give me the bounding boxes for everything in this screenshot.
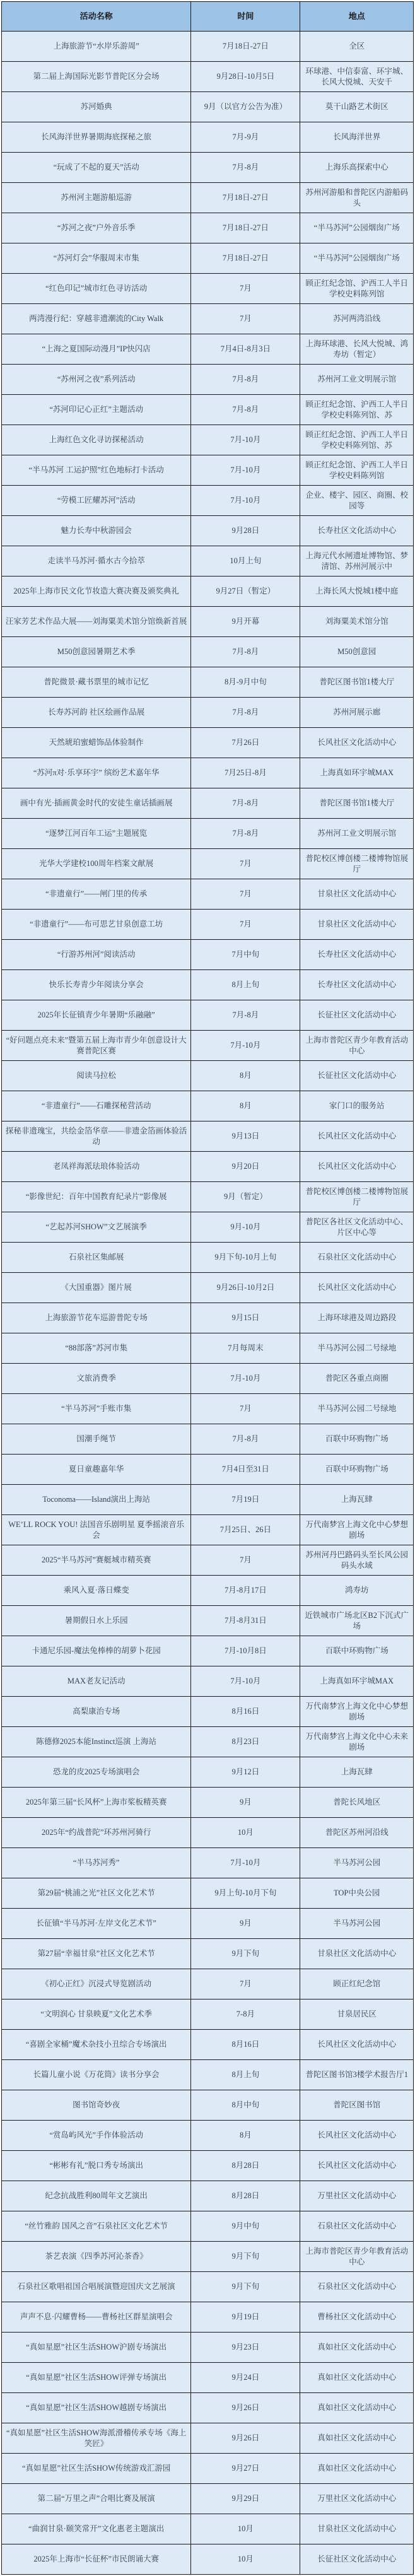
event-place-cell: 上海市普陀区青少年教育活动中心	[300, 1031, 414, 1061]
event-name-cell: “半马苏河”手账市集	[2, 1394, 191, 1424]
event-place-cell: 长风海洋世界	[300, 122, 414, 153]
event-time-cell: 7月	[191, 1394, 300, 1424]
header-row: 活动名称 时间 地点	[2, 2, 414, 32]
table-row: Toconoma——Island演出上海站 7月19日 上海瓦肆	[2, 1485, 414, 1515]
table-row: 图书馆奇妙夜 8月中旬 普陀区图书馆	[2, 2090, 414, 2121]
event-name-cell: “88部落”苏河市集	[2, 1333, 191, 1364]
event-place-cell: 甘泉社区文化活动中心	[300, 910, 414, 940]
event-name-cell: 长篇儿童小说《万花筒》读书分享会	[2, 2060, 191, 2090]
table-row: “曲润甘泉·颐笑常开”文化惠老主题演出 10月 甘泉社区文化活动中心	[2, 2514, 414, 2544]
event-place-cell: 甘泉社区文化活动中心	[300, 2514, 414, 2544]
event-place-cell: 长寿社区文化活动中心	[300, 516, 414, 546]
table-row: “真如星愿”社区生活SHOW传统游戏汇游园 9月27日 真如社区文化活动中心	[2, 2454, 414, 2484]
event-name-cell: WE’LL ROCK YOU! 法国音乐剧明星 夏季摇滚音乐会	[2, 1515, 191, 1545]
event-place-cell: 长征社区文化活动中心	[300, 1061, 414, 1091]
event-place-cell: 长征社区文化活动中心	[300, 1000, 414, 1031]
event-place-cell: M50创意园	[300, 637, 414, 667]
event-place-cell: “半马苏河”公园烟囱广场	[300, 243, 414, 274]
event-place-cell: 真如社区文化活动中心	[300, 2363, 414, 2393]
event-time-cell: 9月12日	[191, 1757, 300, 1788]
event-time-cell: 9月	[191, 1788, 300, 1818]
event-place-cell: 万代南梦宫上海文化中心梦想剧场	[300, 1697, 414, 1727]
table-row: 高梨康治专场 8月16日 万代南梦宫上海文化中心梦想剧场	[2, 1697, 414, 1727]
table-row: 夏日童趣嘉年华 7月4日至31日 百联中环购物广场	[2, 1455, 414, 1485]
event-place-cell: 万里社区文化活动中心	[300, 2181, 414, 2211]
event-time-cell: 7月-10月	[191, 425, 300, 455]
event-place-cell: 刘海粟美术馆分馆	[300, 607, 414, 637]
table-row: “88部落”苏河市集 7月每周末 半马苏河公园二号绿地	[2, 1333, 414, 1364]
event-time-cell: 9月28日	[191, 516, 300, 546]
table-row: 走读半马苏河·循水古今拾萃 10月上旬 上海元代水闸遗址博物馆、梦清馆、苏州河展…	[2, 546, 414, 577]
event-time-cell: 7月-10月	[191, 1848, 300, 1878]
event-place-cell: 甘泉社区文化活动中心	[300, 1939, 414, 1969]
event-name-cell: 第二届上海国际光影节普陀区分会场	[2, 62, 191, 92]
event-time-cell: 7月19日	[191, 1485, 300, 1515]
event-place-cell: 长寿社区文化活动中心	[300, 970, 414, 1000]
event-time-cell: 7月	[191, 304, 300, 334]
event-name-cell: 2025“半马苏河”赛艇城市精英赛	[2, 1545, 191, 1576]
event-time-cell: 7月	[191, 849, 300, 879]
event-name-cell: 2025年长征镇青少年暑期“乐融融”	[2, 1000, 191, 1031]
event-name-cell: 快乐长寿青少年阅读分享会	[2, 970, 191, 1000]
event-time-cell: 7月-10月	[191, 1364, 300, 1394]
event-place-cell: 上海元代水闸遗址博物馆、梦清馆、苏州河展示中	[300, 546, 414, 577]
events-table: 活动名称 时间 地点 上海旅游节“水岸乐游周” 7月18日-27日 全区 第二届…	[1, 1, 414, 2575]
event-name-cell: 画中有光·插画黄金时代的安徒生童话插画展	[2, 788, 191, 819]
table-row: 快乐长寿青少年阅读分享会 8月上旬 长寿社区文化活动中心	[2, 970, 414, 1000]
event-place-cell: 苏州河游船和普陀区内游船码头	[300, 183, 414, 213]
table-row: 上海红色文化寻访探秘活动 7月-10月 顾正红纪念馆、沪西工人半日学校史料陈列馆…	[2, 425, 414, 455]
event-time-cell: 7月	[191, 879, 300, 910]
event-name-cell: “真如星愿”社区生活SHOW评弹专场演出	[2, 2363, 191, 2393]
table-row: 《大国重器》图片展 9月26日-10月2日 长风社区文化活动中心	[2, 1273, 414, 1303]
event-name-cell: 老凤祥海派珐琅体验活动	[2, 1152, 191, 1182]
table-row: 长寿苏河韵 社区绘画作品展 7月-8月 苏州河展示廊	[2, 698, 414, 728]
event-name-cell: 恐龙的皮2025专场演唱会	[2, 1757, 191, 1788]
event-name-cell: “喜剧全家桶”魔术杂技小丑综合专场演出	[2, 2030, 191, 2060]
event-name-cell: 《初心正红》沉浸式导览剧活动	[2, 1969, 191, 1999]
event-place-cell: 长寿社区文化活动中心	[300, 940, 414, 970]
event-place-cell: 上海市普陀区青少年教育活动中心	[300, 2242, 414, 2272]
table-row: 长篇儿童小说《万花筒》读书分享会 8月上旬 普陀区图书馆3楼学术报告厅1	[2, 2060, 414, 2090]
event-time-cell: 8月28日	[191, 2181, 300, 2211]
event-place-cell: TOP中央公园	[300, 1878, 414, 1909]
event-time-cell: 9月26日	[191, 2423, 300, 2454]
event-name-cell: MAX老友记活动	[2, 1666, 191, 1697]
event-name-cell: 上海红色文化寻访探秘活动	[2, 425, 191, 455]
table-row: 2025年上海市民文化节妆造大赛决赛及颁奖典礼 9月27日（暂定） 上海长风大悦…	[2, 577, 414, 607]
event-name-cell: “红色印记”城市红色寻访活动	[2, 274, 191, 304]
event-name-cell: “苏州河之夜”系列活动	[2, 365, 191, 395]
table-row: “非遗童行”——石雕探秘营活动 8月 家门口的服务站	[2, 1091, 414, 1121]
event-time-cell: 8月28日	[191, 2151, 300, 2181]
event-time-cell: 9月19日	[191, 2302, 300, 2333]
event-name-cell: “真如星愿”社区生活SHOW传统游戏汇游园	[2, 2454, 191, 2484]
table-row: “彬彬有礼”脱口秀专场演出 8月28日 长风社区文化活动中心	[2, 2151, 414, 2181]
table-row: 2025年上海市“长征杯”市民朗诵大赛 10月 长征社区文化活动中心	[2, 2544, 414, 2575]
event-place-cell: 半马苏河公园二号绿地	[300, 1394, 414, 1424]
event-time-cell: 7月-8月	[191, 1424, 300, 1455]
event-place-cell: 苏州河工业文明展示馆	[300, 365, 414, 395]
event-time-cell: 8月上旬	[191, 970, 300, 1000]
event-name-cell: 暑期假日水上乐园	[2, 1606, 191, 1636]
event-time-cell: 9月13日	[191, 1121, 300, 1152]
event-place-cell: 普陀区图书馆	[300, 2090, 414, 2121]
table-row: 上海旅游节“水岸乐游周” 7月18日-27日 全区	[2, 32, 414, 62]
event-time-cell: 9月下旬-10月上旬	[191, 1243, 300, 1273]
event-name-cell: “真如星愿”社区生活SHOW海派滑稽传承专场《海上笑匠》	[2, 2423, 191, 2454]
event-name-cell: “非遗童行”——闸门里的传承	[2, 879, 191, 910]
event-place-cell: 顾正红纪念馆、沪西工人半日学校史料陈列馆	[300, 455, 414, 486]
event-time-cell: 7月25日、26日	[191, 1515, 300, 1545]
events-page: 活动名称 时间 地点 上海旅游节“水岸乐游周” 7月18日-27日 全区 第二届…	[0, 1, 415, 2575]
event-place-cell: 上海瓦肆	[300, 1757, 414, 1788]
table-row: “真如星愿”社区生活SHOW评弹专场演出 9月24日 真如社区文化活动中心	[2, 2363, 414, 2393]
event-name-cell: 上海旅游节“水岸乐游周”	[2, 32, 191, 62]
event-time-cell: 7月-8月	[191, 819, 300, 849]
event-place-cell: 苏州河丹巴路码头至长风公园码头水域	[300, 1545, 414, 1576]
header-time: 时间	[191, 2, 300, 32]
event-time-cell: 9月28日-10月5日	[191, 62, 300, 92]
event-name-cell: 长征镇“半马苏河·左岸文化艺术节”	[2, 1909, 191, 1939]
event-place-cell: 普陀区各重点商圈	[300, 1364, 414, 1394]
table-row: 暑期假日水上乐园 7月-8月31日 近铁城市广场北区B2下沉式广场	[2, 1606, 414, 1636]
table-row: “行游苏州河”阅读活动 7月中旬 长寿社区文化活动中心	[2, 940, 414, 970]
event-name-cell: “苏河之夜”户外音乐季	[2, 213, 191, 243]
event-name-cell: “行游苏州河”阅读活动	[2, 940, 191, 970]
event-time-cell: 7月-10月	[191, 1031, 300, 1061]
event-time-cell: 9月开幕	[191, 607, 300, 637]
event-name-cell: “真如星愿”社区生活SHOW越剧专场演出	[2, 2393, 191, 2423]
event-time-cell: 8月16日	[191, 1697, 300, 1727]
table-row: 普陀微景·藏书票里的城市记忆 8月-9月中旬 普陀区图书馆1楼大厅	[2, 667, 414, 698]
table-row: 茶艺表演《四季苏河沁茶香》 9月下旬 上海市普陀区青少年教育活动中心	[2, 2242, 414, 2272]
event-place-cell: 普陀区图书馆1楼大厅	[300, 667, 414, 698]
table-row: 长风海洋世界暑期海底探秘之旅 7月-9月 长风海洋世界	[2, 122, 414, 153]
event-time-cell: 9月20日	[191, 1152, 300, 1182]
event-place-cell: 企业、楼宇、园区、商圈、校园等	[300, 486, 414, 516]
event-name-cell: “真如星愿”社区生活SHOW沪剧专场演出	[2, 2333, 191, 2363]
table-row: “半马苏河”手账市集 7月 半马苏河公园二号绿地	[2, 1394, 414, 1424]
event-place-cell: 百联中环购物广场	[300, 1424, 414, 1455]
event-time-cell: 9月（暂定）	[191, 1182, 300, 1212]
event-place-cell: 顾正红纪念馆	[300, 1969, 414, 1999]
event-name-cell: 《大国重器》图片展	[2, 1273, 191, 1303]
event-time-cell: 7月	[191, 1969, 300, 1999]
table-row: “艺起苏河SHOW”文艺展演季 9月-10月 普陀区各社区文化活动中心、片区中心…	[2, 1212, 414, 1243]
table-row: 2025年“约战普陀”环苏州河骑行 10月 普陀区苏州河沿线	[2, 1818, 414, 1848]
event-time-cell: 8月	[191, 1091, 300, 1121]
event-time-cell: 7月-8月	[191, 365, 300, 395]
events-table-body: 上海旅游节“水岸乐游周” 7月18日-27日 全区 第二届上海国际光影节普陀区分…	[2, 32, 414, 2575]
event-place-cell: 半马苏河公园二号绿地	[300, 1333, 414, 1364]
event-name-cell: 文旅消费季	[2, 1364, 191, 1394]
event-name-cell: 夏日童趣嘉年华	[2, 1455, 191, 1485]
table-row: “文明润心 甘泉映夏”文化艺术季 7-8月 甘泉居民区	[2, 1999, 414, 2030]
event-time-cell: 8月	[191, 1061, 300, 1091]
event-place-cell: 长风社区文化活动中心	[300, 1121, 414, 1152]
table-row: WE’LL ROCK YOU! 法国音乐剧明星 夏季摇滚音乐会 7月25日、26…	[2, 1515, 414, 1545]
table-row: “苏河印记心正红”主题活动 7月-8月 顾正红纪念馆、沪西工人半日学校史料陈列馆…	[2, 395, 414, 425]
event-time-cell: 10月	[191, 2514, 300, 2544]
event-time-cell: 9月下旬	[191, 2242, 300, 2272]
event-place-cell: 长征社区文化活动中心	[300, 2544, 414, 2575]
event-time-cell: 9月-10月	[191, 1212, 300, 1243]
event-name-cell: “苏河印记心正红”主题活动	[2, 395, 191, 425]
event-time-cell: 8月-9月中旬	[191, 667, 300, 698]
event-name-cell: 纪念抗战胜利80周年文艺演出	[2, 2181, 191, 2211]
event-name-cell: “好问题点亮未来”暨第五届上海市青少年创意设计大赛普陀区赛	[2, 1031, 191, 1061]
event-place-cell: 万里社区文化活动中心	[300, 2484, 414, 2514]
event-time-cell: 8月23日	[191, 1727, 300, 1757]
event-time-cell: 7月	[191, 1545, 300, 1576]
event-name-cell: “丝竹雅韵 国风之音”石泉社区文化艺术节	[2, 2211, 191, 2242]
event-name-cell: 苏州河主题游船巡游	[2, 183, 191, 213]
table-row: “丝竹雅韵 国风之音”石泉社区文化艺术节 9月中旬 石泉社区文化活动中心	[2, 2211, 414, 2242]
event-time-cell: 7月26日	[191, 728, 300, 758]
event-time-cell: 8月上旬	[191, 2060, 300, 2090]
event-name-cell: 长风海洋世界暑期海底探秘之旅	[2, 122, 191, 153]
event-place-cell: 上海乐高探索中心	[300, 153, 414, 183]
event-name-cell: 普陀微景·藏书票里的城市记忆	[2, 667, 191, 698]
event-name-cell: 光华大学建校100周年档案文献展	[2, 849, 191, 879]
event-name-cell: 2025年“约战普陀”环苏州河骑行	[2, 1818, 191, 1848]
event-place-cell: 普陀区各社区文化活动中心、片区中心等	[300, 1212, 414, 1243]
event-time-cell: 7月每周末	[191, 1333, 300, 1364]
table-row: “真如星愿”社区生活SHOW海派滑稽传承专场《海上笑匠》 9月26日 真如社区文…	[2, 2423, 414, 2454]
event-time-cell: 8月	[191, 2121, 300, 2151]
events-table-header: 活动名称 时间 地点	[2, 2, 414, 32]
event-time-cell: 9月	[191, 1909, 300, 1939]
event-name-cell: 高梨康治专场	[2, 1697, 191, 1727]
event-time-cell: 7月	[191, 910, 300, 940]
event-name-cell: “艺起苏河SHOW”文艺展演季	[2, 1212, 191, 1243]
table-row: “劳模工匠耀苏河”活动 7月-10月 企业、楼宇、园区、商圈、校园等	[2, 486, 414, 516]
event-time-cell: 7月-8月	[191, 1000, 300, 1031]
table-row: 2025“半马苏河”赛艇城市精英赛 7月 苏州河丹巴路码头至长风公园码头水域	[2, 1545, 414, 1576]
table-row: 第二届“万里之声”合唱比赛及展演 9月29日 万里社区文化活动中心	[2, 2484, 414, 2514]
event-place-cell: 真如社区文化活动中心	[300, 2333, 414, 2363]
event-place-cell: 上海真如环宇城MAX	[300, 758, 414, 788]
header-place: 地点	[300, 2, 414, 32]
event-place-cell: 环球港、中信泰富、环宇城、长风大悦城、天安千	[300, 62, 414, 92]
event-place-cell: 万代南梦宫上海文化中心梦想剧场	[300, 1515, 414, 1545]
table-row: 苏州河主题游船巡游 7月18日-27日 苏州河游船和普陀区内游船码头	[2, 183, 414, 213]
event-place-cell: 长风社区文化活动中心	[300, 1152, 414, 1182]
event-name-cell: “玩成了不起的夏天”活动	[2, 153, 191, 183]
event-place-cell: 半马苏河公园	[300, 1909, 414, 1939]
event-place-cell: 普陀区图书馆3楼学术报告厅1	[300, 2060, 414, 2090]
event-place-cell: 长风社区文化活动中心	[300, 2151, 414, 2181]
event-name-cell: 乘风入夏·落日蝶变	[2, 1576, 191, 1606]
table-row: “苏河灯会”华服周末市集 7月18日-27日 “半马苏河”公园烟囱广场	[2, 243, 414, 274]
table-row: 《初心正红》沉浸式导览剧活动 7月 顾正红纪念馆	[2, 1969, 414, 1999]
event-name-cell: “半马苏河 工运护照”红色地标打卡活动	[2, 455, 191, 486]
event-time-cell: 9月27日（暂定）	[191, 577, 300, 607]
event-place-cell: 鸿寿坊	[300, 1576, 414, 1606]
event-place-cell: 长风社区文化活动中心	[300, 2121, 414, 2151]
event-time-cell: 7-8月	[191, 1999, 300, 2030]
table-row: 恐龙的皮2025专场演唱会 9月12日 上海瓦肆	[2, 1757, 414, 1788]
event-time-cell: 8月16日	[191, 2030, 300, 2060]
event-time-cell: 7月18日-27日	[191, 32, 300, 62]
event-time-cell: 7月-8月17日	[191, 1576, 300, 1606]
event-name-cell: 卡通尼乐园-魔法兔棒棒的胡萝卜花园	[2, 1636, 191, 1666]
event-time-cell: 7月中旬	[191, 940, 300, 970]
event-time-cell: 10月上旬	[191, 546, 300, 577]
event-time-cell: 7月-8月31日	[191, 1606, 300, 1636]
event-name-cell: 上海旅游节花车巡游普陀专场	[2, 1303, 191, 1333]
table-row: “苏州河之夜”系列活动 7月-8月 苏州河工业文明展示馆	[2, 365, 414, 395]
table-row: 两湾漫行纪：穿越非遗潮流的City Walk 7月 苏河两湾沿线	[2, 304, 414, 334]
table-row: 光华大学建校100周年档案文献展 7月 普陀校区博创楼二楼博物馆展厅	[2, 849, 414, 879]
table-row: “真如星愿”社区生活SHOW沪剧专场演出 9月23日 真如社区文化活动中心	[2, 2333, 414, 2363]
event-place-cell: 顾正红纪念馆、沪西工人半日学校史料陈列馆、苏	[300, 425, 414, 455]
table-row: 长征镇“半马苏河·左岸文化艺术节” 9月 半马苏河公园	[2, 1909, 414, 1939]
header-activity-name: 活动名称	[2, 2, 191, 32]
event-name-cell: 石泉社区集邮展	[2, 1243, 191, 1273]
table-row: “非遗童行”——闸门里的传承 7月 甘泉社区文化活动中心	[2, 879, 414, 910]
event-name-cell: “曲润甘泉·颐笑常开”文化惠老主题演出	[2, 2514, 191, 2544]
event-time-cell: 9月27日	[191, 2454, 300, 2484]
event-name-cell: 茶艺表演《四季苏河沁茶香》	[2, 2242, 191, 2272]
event-name-cell: 第二届“万里之声”合唱比赛及展演	[2, 2484, 191, 2514]
event-place-cell: 苏州河展示廊	[300, 698, 414, 728]
event-place-cell: 苏州河工业文明展示馆	[300, 819, 414, 849]
event-time-cell: 7月18日-27日	[191, 213, 300, 243]
event-name-cell: “非遗童行”——布可思艺甘泉创意工坊	[2, 910, 191, 940]
event-place-cell: 普陀区苏州河沿线	[300, 1818, 414, 1848]
event-place-cell: 百联中环购物广场	[300, 1455, 414, 1485]
event-place-cell: 上海瓦肆	[300, 1485, 414, 1515]
table-row: “苏河之夜”户外音乐季 7月18日-27日 “半马苏河”公园烟囱广场	[2, 213, 414, 243]
event-time-cell: 7月18日-27日	[191, 243, 300, 274]
event-time-cell: 10月	[191, 2544, 300, 2575]
table-row: 老凤祥海派珐琅体验活动 9月20日 长风社区文化活动中心	[2, 1152, 414, 1182]
table-row: 魅力长寿中秋游园会 9月28日 长寿社区文化活动中心	[2, 516, 414, 546]
event-name-cell: 石泉社区歌唱祖国合唱展演暨迎国庆文艺展演	[2, 2272, 191, 2302]
event-place-cell: 上海真如环宇城MAX	[300, 1666, 414, 1697]
event-place-cell: 莫干山路艺术街区	[300, 92, 414, 122]
event-time-cell: 7月-10月	[191, 455, 300, 486]
event-place-cell: 甘泉社区文化活动中心	[300, 879, 414, 910]
event-time-cell: 7月-8月	[191, 153, 300, 183]
event-name-cell: 苏河婚典	[2, 92, 191, 122]
event-name-cell: “苏河π对·乐享环宇” 缤纷艺术嘉年华	[2, 758, 191, 788]
event-time-cell: 7月-10月	[191, 486, 300, 516]
event-name-cell: 第27届“幸福甘泉”社区文化艺术节	[2, 1939, 191, 1969]
event-place-cell: 石泉社区文化活动中心	[300, 1243, 414, 1273]
event-time-cell: 7月-8月	[191, 698, 300, 728]
event-time-cell: 7月-9月	[191, 122, 300, 153]
event-time-cell: 7月	[191, 274, 300, 304]
table-row: 乘风入夏·落日蝶变 7月-8月17日 鸿寿坊	[2, 1576, 414, 1606]
event-name-cell: 2025年上海市民文化节妆造大赛决赛及颁奖典礼	[2, 577, 191, 607]
event-name-cell: 汪家芳艺术作品大展——刘海粟美术馆分馆焕新首展	[2, 607, 191, 637]
table-row: 苏河婚典 9月（以官方公告为准） 莫干山路艺术街区	[2, 92, 414, 122]
table-row: “半马苏河秀” 7月-10月 半马苏河公园	[2, 1848, 414, 1878]
event-time-cell: 9月26日-10月2日	[191, 1273, 300, 1303]
event-name-cell: “赏岛屿风光”手作体验活动	[2, 2121, 191, 2151]
table-row: 石泉社区歌唱祖国合唱展演暨迎国庆文艺展演 9月下旬 石泉社区文化活动中心	[2, 2272, 414, 2302]
event-place-cell: 顾正红纪念馆、沪西工人半日学校史料陈列馆	[300, 274, 414, 304]
event-name-cell: 图书馆奇妙夜	[2, 2090, 191, 2121]
event-time-cell: 7月18日-27日	[191, 183, 300, 213]
table-row: “真如星愿”社区生活SHOW越剧专场演出 9月26日 真如社区文化活动中心	[2, 2393, 414, 2423]
event-place-cell: 石泉社区文化活动中心	[300, 2211, 414, 2242]
table-row: 国潮手绳节 7月-8月 百联中环购物广场	[2, 1424, 414, 1455]
event-time-cell: 7月-8月	[191, 788, 300, 819]
table-row: 探秘非遗瑰宝，共绘金箔华章——非遗金箔画体验活动 9月13日 长风社区文化活动中…	[2, 1121, 414, 1152]
event-name-cell: Toconoma——Island演出上海站	[2, 1485, 191, 1515]
table-row: “好问题点亮未来”暨第五届上海市青少年创意设计大赛普陀区赛 7月-10月 上海市…	[2, 1031, 414, 1061]
event-time-cell: 9月中旬	[191, 2211, 300, 2242]
table-row: “喜剧全家桶”魔术杂技小丑综合专场演出 8月16日 长风社区文化活动中心	[2, 2030, 414, 2060]
event-name-cell: 探秘非遗瑰宝，共绘金箔华章——非遗金箔画体验活动	[2, 1121, 191, 1152]
event-time-cell: 7月25日-8月	[191, 758, 300, 788]
table-row: MAX老友记活动 7月-10月 上海真如环宇城MAX	[2, 1666, 414, 1697]
event-time-cell: 9月上旬-10月下旬	[191, 1878, 300, 1909]
event-name-cell: 走读半马苏河·循水古今拾萃	[2, 546, 191, 577]
event-time-cell: 9月23日	[191, 2333, 300, 2363]
event-time-cell: 9月26日	[191, 2393, 300, 2423]
event-name-cell: “上海之夏国际动漫月”IP快闪店	[2, 334, 191, 365]
event-name-cell: M50创意园暑期艺术季	[2, 637, 191, 667]
event-name-cell: 魅力长寿中秋游园会	[2, 516, 191, 546]
event-name-cell: 天然琥珀蜜蜡饰品体验制作	[2, 728, 191, 758]
table-row: M50创意园暑期艺术季 7月-8月 M50创意园	[2, 637, 414, 667]
event-place-cell: 真如社区文化活动中心	[300, 2454, 414, 2484]
table-row: “半马苏河 工运护照”红色地标打卡活动 7月-10月 顾正红纪念馆、沪西工人半日…	[2, 455, 414, 486]
table-row: “逐梦江河百年工运”主题展览 7月-8月 苏州河工业文明展示馆	[2, 819, 414, 849]
event-name-cell: “非遗童行”——石雕探秘营活动	[2, 1091, 191, 1121]
event-time-cell: 7月4日至31日	[191, 1455, 300, 1485]
event-place-cell: 普陀区图书馆1楼大厅	[300, 788, 414, 819]
event-time-cell: 10月	[191, 1818, 300, 1848]
table-row: “赏岛屿风光”手作体验活动 8月 长风社区文化活动中心	[2, 2121, 414, 2151]
table-row: 画中有光·插画黄金时代的安徒生童话插画展 7月-8月 普陀区图书馆1楼大厅	[2, 788, 414, 819]
event-name-cell: 陈德修2025本能Instinct巡演 上海站	[2, 1727, 191, 1757]
table-row: 汪家芳艺术作品大展——刘海粟美术馆分馆焕新首展 9月开幕 刘海粟美术馆分馆	[2, 607, 414, 637]
table-row: 天然琥珀蜜蜡饰品体验制作 7月26日 长风社区文化活动中心	[2, 728, 414, 758]
event-name-cell: “劳模工匠耀苏河”活动	[2, 486, 191, 516]
event-time-cell: 9月下旬	[191, 2272, 300, 2302]
event-place-cell: 普陀长风地区	[300, 1788, 414, 1818]
event-place-cell: 曹杨社区文化活动中心	[300, 2302, 414, 2333]
event-name-cell: 2025年上海市“长征杯”市民朗诵大赛	[2, 2544, 191, 2575]
event-place-cell: 家门口的服务站	[300, 1091, 414, 1121]
event-place-cell: 全区	[300, 32, 414, 62]
event-name-cell: 长寿苏河韵 社区绘画作品展	[2, 698, 191, 728]
event-time-cell: 7月-10月8日	[191, 1636, 300, 1666]
table-row: 第29届“桃浦之光”社区文化艺术节 9月上旬-10月下旬 TOP中央公园	[2, 1878, 414, 1909]
table-row: 2025年长征镇青少年暑期“乐融融” 7月-8月 长征社区文化活动中心	[2, 1000, 414, 1031]
event-name-cell: 声声不息·闪耀曹杨——曹杨社区群星演唱会	[2, 2302, 191, 2333]
table-row: 阅读马拉松 8月 长征社区文化活动中心	[2, 1061, 414, 1091]
event-place-cell: 上海环球港及周边路段	[300, 1303, 414, 1333]
event-name-cell: “苏河灯会”华服周末市集	[2, 243, 191, 274]
table-row: “上海之夏国际动漫月”IP快闪店 7月4日-8月3日 上海环球港、长风大悦城、鸿…	[2, 334, 414, 365]
event-place-cell: 普陀校区博创楼二楼博物馆展厅	[300, 849, 414, 879]
event-name-cell: “彬彬有礼”脱口秀专场演出	[2, 2151, 191, 2181]
event-time-cell: 9月29日	[191, 2484, 300, 2514]
event-place-cell: 百联中环购物广场	[300, 1636, 414, 1666]
event-name-cell: 阅读马拉松	[2, 1061, 191, 1091]
event-time-cell: 7月-8月	[191, 395, 300, 425]
event-time-cell: 7月-10月	[191, 1666, 300, 1697]
event-place-cell: 上海环球港、长风大悦城、鸿寿坊（暂定）	[300, 334, 414, 365]
table-row: 纪念抗战胜利80周年文艺演出 8月28日 万里社区文化活动中心	[2, 2181, 414, 2211]
